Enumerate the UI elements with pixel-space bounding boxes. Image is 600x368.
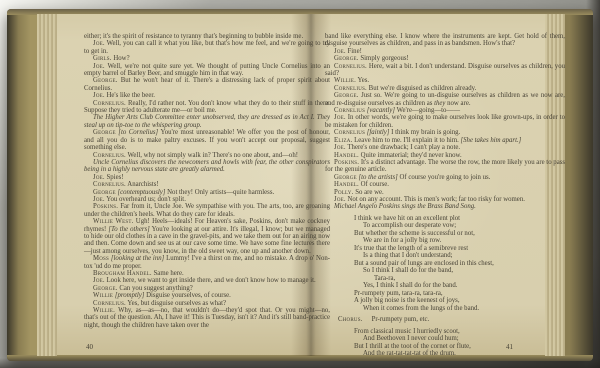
dialogue-text: Well, we're not quite sure yet. We thoug…: [84, 63, 330, 77]
dialogue-paragraph: Joe. You overheard us; don't split.: [84, 196, 330, 203]
speaker-name: George.: [334, 55, 359, 62]
dialogue-text: There's one drawback; I can't play a not…: [346, 144, 460, 151]
dialogue-paragraph: Cornelius. But we're disguised as childr…: [325, 85, 565, 92]
stage-note: [promptly]: [115, 292, 145, 299]
verse-line: But a sound pair of lungs are enclosed i…: [354, 260, 565, 268]
dialogue-text: Well, you can call it what you like, but…: [84, 40, 330, 54]
stage-note: [looking at the inn]: [111, 255, 164, 262]
speaker-name: Cornelius.: [334, 85, 367, 92]
dialogue-paragraph: Cornelius [faintly] I think my brain is …: [325, 129, 565, 136]
dialogue-paragraph: Eliza. Leave him to me. I'll explain it …: [325, 137, 565, 144]
speaker-name: Cornelius.: [93, 300, 126, 307]
dialogue-text: It's a distinct advantage. The worse the…: [325, 159, 565, 173]
dialogue-paragraph: Willie [promptly] Disguise yourselves, o…: [84, 292, 330, 299]
left-page-text: either; it's the spirit of resistance to…: [84, 33, 330, 329]
dialogue-text: Disguise yourselves, of course.: [144, 292, 230, 299]
dialogue-paragraph: Joe. Fine!: [325, 48, 565, 55]
chorus-line: Chorus.Pr-rumpety pum, etc.: [338, 316, 565, 324]
dialogue-text: Look here, we want to get inside there, …: [105, 277, 316, 284]
page-spread: either; it's the spirit of resistance to…: [37, 14, 565, 356]
verse-line: And the rat-tat-tat-tat of the drum.: [354, 350, 565, 358]
dialogue-text: Quite immaterial; they'd never know.: [359, 152, 462, 159]
page-number-right: 41: [506, 343, 513, 351]
dialogue-text: So are we.: [354, 189, 384, 196]
dialogue-paragraph: Joe. Look here, we want to get inside th…: [84, 277, 330, 284]
dialogue-text: We're—going—to——: [395, 107, 460, 114]
dialogue-text: Fine!: [346, 48, 362, 55]
dialogue-paragraph: Poskins. It's a distinct advantage. The …: [325, 159, 565, 174]
dialogue-text: You overheard us; don't split.: [105, 196, 186, 203]
dialogue-paragraph: Cornelius. Really, I'd rather not. You d…: [84, 100, 330, 115]
dialogue-text: Can you suggest anything?: [118, 285, 193, 292]
dialogue-text: Well, why not simply walk in? There's no…: [126, 152, 298, 159]
speaker-name: Cornelius.: [93, 100, 126, 107]
speaker-name: Handel.: [334, 152, 359, 159]
speaker-name: Joe.: [334, 114, 346, 121]
speaker-name: Brougham Handel.: [93, 270, 152, 277]
speaker-name: Willie.: [334, 77, 356, 84]
stage-direction: Michael Angelo Poskins sings the Brass B…: [325, 203, 565, 210]
speaker-name: Willie.: [93, 307, 115, 314]
speaker-name: Joe.: [334, 196, 346, 203]
dialogue-text: In other words, we're going to make ours…: [325, 114, 565, 128]
dialogue-paragraph: either; it's the spirit of resistance to…: [84, 33, 330, 40]
dialogue-text: either; it's the spirit of resistance to…: [84, 33, 303, 40]
dialogue-text: How?: [112, 55, 130, 62]
stage-note: Uncle Cornelius discovers the newcomers …: [84, 159, 330, 173]
dialogue-paragraph: Joe. In other words, we're going to make…: [325, 114, 565, 129]
verse-line: But I thrill at the toot of the cornet o…: [354, 343, 565, 351]
dialogue-text: But he won't hear of it. There's a distr…: [84, 77, 330, 91]
dialogue-paragraph: George [contemptuously] Not they! Only a…: [84, 189, 330, 196]
verse-line: So I think I shall do for the band,: [354, 267, 565, 275]
speaker-name: George.: [334, 92, 359, 99]
dialogue-paragraph: Polly. So are we.: [325, 189, 565, 196]
dialogue-text: now are.: [445, 100, 470, 107]
speaker-name: Joe.: [93, 92, 105, 99]
right-page-text: band like everything else. I know where …: [325, 33, 565, 361]
verse-line: When it comes from the lungs of the band…: [354, 305, 565, 313]
dialogue-paragraph: Willie West. Ugh! Heels—ideals! For Heav…: [84, 218, 330, 255]
speaker-name: Joe.: [93, 174, 105, 181]
stage-note: [She takes him apart.]: [461, 137, 522, 144]
dialogue-paragraph: Cornelius. Anarchists!: [84, 181, 330, 188]
dialogue-text: Simply gorgeous!: [359, 55, 409, 62]
speaker-name: George.: [93, 285, 118, 292]
verse-line: To accomplish our desperate vow;: [354, 222, 565, 230]
dialogue-paragraph: Joe. Well, you can call it what you like…: [84, 40, 330, 55]
verse-line: It's true that the length of a semibreve…: [354, 245, 565, 253]
speaker-name: Poskins.: [334, 159, 359, 166]
dialogue-text: band like everything else. I know where …: [325, 33, 565, 47]
dialogue-paragraph: Brougham Handel. Same here.: [84, 270, 330, 277]
dialogue-paragraph: George [to the artists] Of course you're…: [325, 174, 565, 181]
speaker-name: Cornelius.: [93, 152, 126, 159]
dialogue-text: He's like the beer.: [105, 92, 155, 99]
page-edges-left: [37, 14, 57, 356]
stage-note: [faintly]: [367, 129, 390, 136]
dialogue-text: Yes, but disguise ourselves as what?: [126, 300, 226, 307]
speaker-name: Cornelius: [334, 129, 365, 136]
speaker-name: Joe.: [93, 63, 105, 70]
verse-line: We are in for a jolly big row.: [354, 237, 565, 245]
verse-line: A jolly big noise is the keenest of joys…: [354, 297, 565, 305]
dialogue-text: Not they! Only artists—quite harmless.: [165, 189, 274, 196]
speaker-name: Polly.: [334, 189, 354, 196]
stage-note: [vacantly]: [367, 107, 395, 114]
dialogue-paragraph: Joe. Not on any account. This is men's w…: [325, 196, 565, 203]
speaker-name: George: [93, 189, 116, 196]
speaker-name: Girls.: [93, 55, 112, 62]
speaker-name: Cornelius: [334, 107, 365, 114]
chorus-text: Pr-rumpety pum, etc.: [372, 316, 430, 324]
speaker-name: Cornelius.: [334, 63, 367, 70]
dialogue-text: Leave him to me. I'll explain it to him.: [352, 137, 460, 144]
speaker-name: George: [334, 174, 357, 181]
dialogue-text: Of course.: [359, 181, 389, 188]
dialogue-text: Far from it, Uncle Joe. We sympathise wi…: [84, 203, 330, 217]
book: either; it's the spirit of resistance to…: [7, 9, 593, 361]
stage-note: [contemptuously]: [117, 189, 165, 196]
speaker-name: Willie: [93, 292, 113, 299]
song-verse: I think we have hit on an excellent plot…: [354, 215, 565, 313]
speaker-name: Joe.: [334, 144, 346, 151]
speaker-name: Joe.: [93, 277, 105, 284]
dialogue-text: Not on any account. This is men's work; …: [346, 196, 525, 203]
speaker-name: Cornelius.: [93, 181, 126, 188]
dialogue-paragraph: Willie. Why, as—as—no, that wouldn't do—…: [84, 307, 330, 329]
speaker-name: Joe.: [93, 40, 105, 47]
dialogue-paragraph: Joe. He's like the beer.: [84, 92, 330, 99]
chorus-label: Chorus.: [338, 316, 363, 324]
dialogue-paragraph: Handel. Quite immaterial; they'd never k…: [325, 152, 565, 159]
right-page: band like everything else. I know where …: [311, 14, 545, 356]
verse-line: I think we have hit on an excellent plot: [354, 215, 565, 223]
dialogue-paragraph: Joe. There's one drawback; I can't play …: [325, 144, 565, 151]
dialogue-paragraph: Girls. How?: [84, 55, 330, 62]
stage-note: they: [434, 100, 445, 107]
dialogue-paragraph: Poskins. Far from it, Uncle Joe. We symp…: [84, 203, 330, 218]
verse-line: Is a thing that I don't understand;: [354, 252, 565, 260]
verse-line: Yes, I think I shall do for the band.: [354, 282, 565, 290]
dialogue-paragraph: Cornelius [vacantly] We're—going—to——: [325, 107, 565, 114]
speaker-name: Willie West.: [93, 218, 134, 225]
dialogue-paragraph: Cornelius. Here, wait a bit. I don't und…: [325, 63, 565, 78]
speaker-name: George: [93, 129, 116, 136]
stage-note: Michael Angelo Poskins sings the Brass B…: [334, 203, 476, 210]
dialogue-paragraph: Joe. Spies!: [84, 174, 330, 181]
dialogue-paragraph: Handel. Of course.: [325, 181, 565, 188]
verse-line: And Beethoven I never could hum;: [354, 335, 565, 343]
speaker-name: George.: [93, 77, 118, 84]
dialogue-paragraph: George. Just so. We're going to un-disgu…: [325, 92, 565, 107]
speaker-name: Eliza.: [334, 137, 352, 144]
page-number-left: 40: [86, 343, 93, 351]
dialogue-text: Same here.: [152, 270, 184, 277]
dialogue-paragraph: Cornelius. Well, why not simply walk in?…: [84, 152, 330, 159]
dialogue-paragraph: George. Simply gorgeous!: [325, 55, 565, 62]
dialogue-paragraph: Joe. Well, we're not quite sure yet. We …: [84, 63, 330, 78]
speaker-name: Moss: [93, 255, 109, 262]
dialogue-paragraph: Moss [looking at the inn] Lummy! I've a …: [84, 255, 330, 270]
stage-direction: The Higher Arts Club Committee enter uno…: [84, 114, 330, 129]
dialogue-text: Spies!: [105, 174, 124, 181]
dialogue-paragraph: Willie. Yes.: [325, 77, 565, 84]
dialogue-text: I think my brain is going.: [389, 129, 460, 136]
stage-note: [To the others]: [108, 226, 149, 233]
stage-note: [to Cornelius]: [118, 129, 158, 136]
song-verse: From classical music I hurriedly scoot,A…: [354, 328, 565, 358]
stage-note: [to the artists]: [358, 174, 397, 181]
dialogue-paragraph: band like everything else. I know where …: [325, 33, 565, 48]
speaker-name: Handel.: [334, 181, 359, 188]
stage-direction: Uncle Cornelius discovers the newcomers …: [84, 159, 330, 174]
dialogue-text: But we're disguised as children already.: [367, 85, 476, 92]
dialogue-text: Yes.: [356, 77, 369, 84]
stage-note: The Higher Arts Club Committee enter uno…: [84, 114, 330, 128]
verse-line: But whether the scheme is successful or …: [354, 230, 565, 238]
verse-line: Pr-rumpety pum, tara-ra, tara-ra,: [354, 290, 565, 298]
verse-line: Tara-ra,: [354, 275, 565, 283]
dialogue-paragraph: Cornelius. Yes, but disguise ourselves a…: [84, 300, 330, 307]
speaker-name: Joe.: [93, 196, 105, 203]
photo-backdrop: either; it's the spirit of resistance to…: [0, 0, 600, 368]
speaker-name: Joe.: [334, 48, 346, 55]
dialogue-text: Why, as—as—no, that wouldn't do—they'd s…: [84, 307, 330, 329]
dialogue-paragraph: George. Can you suggest anything?: [84, 285, 330, 292]
verse-line: From classical music I hurriedly scoot,: [354, 328, 565, 336]
left-page: either; it's the spirit of resistance to…: [57, 14, 311, 356]
dialogue-text: Anarchists!: [126, 181, 159, 188]
dialogue-paragraph: George. But he won't hear of it. There's…: [84, 77, 330, 92]
speaker-name: Poskins.: [93, 203, 118, 210]
dialogue-text: Of course you're going to join us.: [398, 174, 491, 181]
dialogue-paragraph: George [to Cornelius] You're most unreas…: [84, 129, 330, 151]
